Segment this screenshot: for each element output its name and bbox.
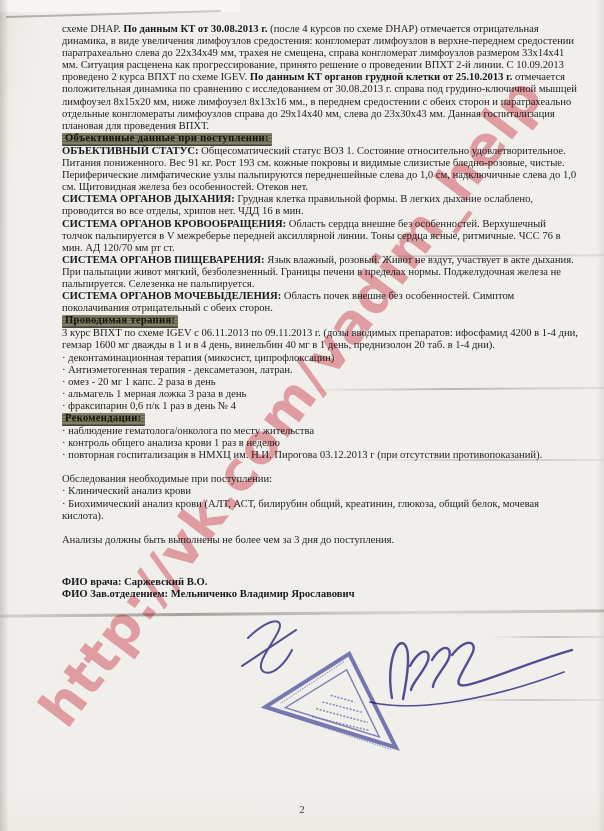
highlighted-header-text: Проводимая терапия: [62,315,178,328]
page-number: 2 [0,804,604,816]
recommendation-item: · наблюдение гематолога/онколога по мест… [62,426,579,438]
history-ct-date-1: По данным КТ от 30.08.2013 г. [123,24,267,35]
section-respiratory-system: СИСТЕМА ОРГАНОВ ДЫХАНИЯ: Грудная клетка … [62,194,579,218]
scan-edge-line [6,10,221,18]
scan-edge-artifact [0,0,240,12]
section-lead: СИСТЕМА ОРГАНОВ КРОВООБРАЩЕНИЯ: [62,219,286,230]
history-text: схеме DHAP. [62,24,123,35]
section-digestive-system: СИСТЕМА ОРГАНОВ ПИЩЕВАРЕНИЯ: Язык влажны… [62,255,579,291]
recommendation-item: · контроль общего анализа крови 1 раз в … [62,438,579,450]
section-lead: СИСТЕМА ОРГАНОВ МОЧЕВЫДЕЛЕНИЯ: [62,291,281,302]
recommendation-item: · повторная госпитализация в НМХЦ им. Н.… [62,450,579,462]
exam-item: · Биохимический анализ крови (АЛТ, АСТ, … [62,499,579,523]
analyses-note: Анализы должны быть выполнены не более ч… [62,535,579,547]
scan-left-shadow [0,0,9,831]
head-signature [370,643,572,706]
history-ct-date-2: По данным КТ органов грудной клетки от 2… [250,72,513,83]
highlighted-header-text: Рекомендации: [62,413,145,426]
section-lead: СИСТЕМА ОРГАНОВ ДЫХАНИЯ: [62,194,235,205]
section-lead: ОБЪЕКТИВНЫЙ СТАТУС: [62,146,199,157]
highlighted-header-text: Объективные данные при поступлении: [62,133,272,146]
section-lead: СИСТЕМА ОРГАНОВ ПИЩЕВАРЕНИЯ: [62,255,265,266]
section-circulatory-system: СИСТЕМА ОРГАНОВ КРОВООБРАЩЕНИЯ: Область … [62,219,579,255]
scanned-document-page: схеме DHAP. По данным КТ от 30.08.2013 г… [0,0,604,831]
signatures [220,600,604,780]
exam-item: · Клинический анализ крови [62,486,579,498]
doctor-signature [242,621,296,672]
exams-title: Обследования необходимые при поступлении… [62,474,579,486]
